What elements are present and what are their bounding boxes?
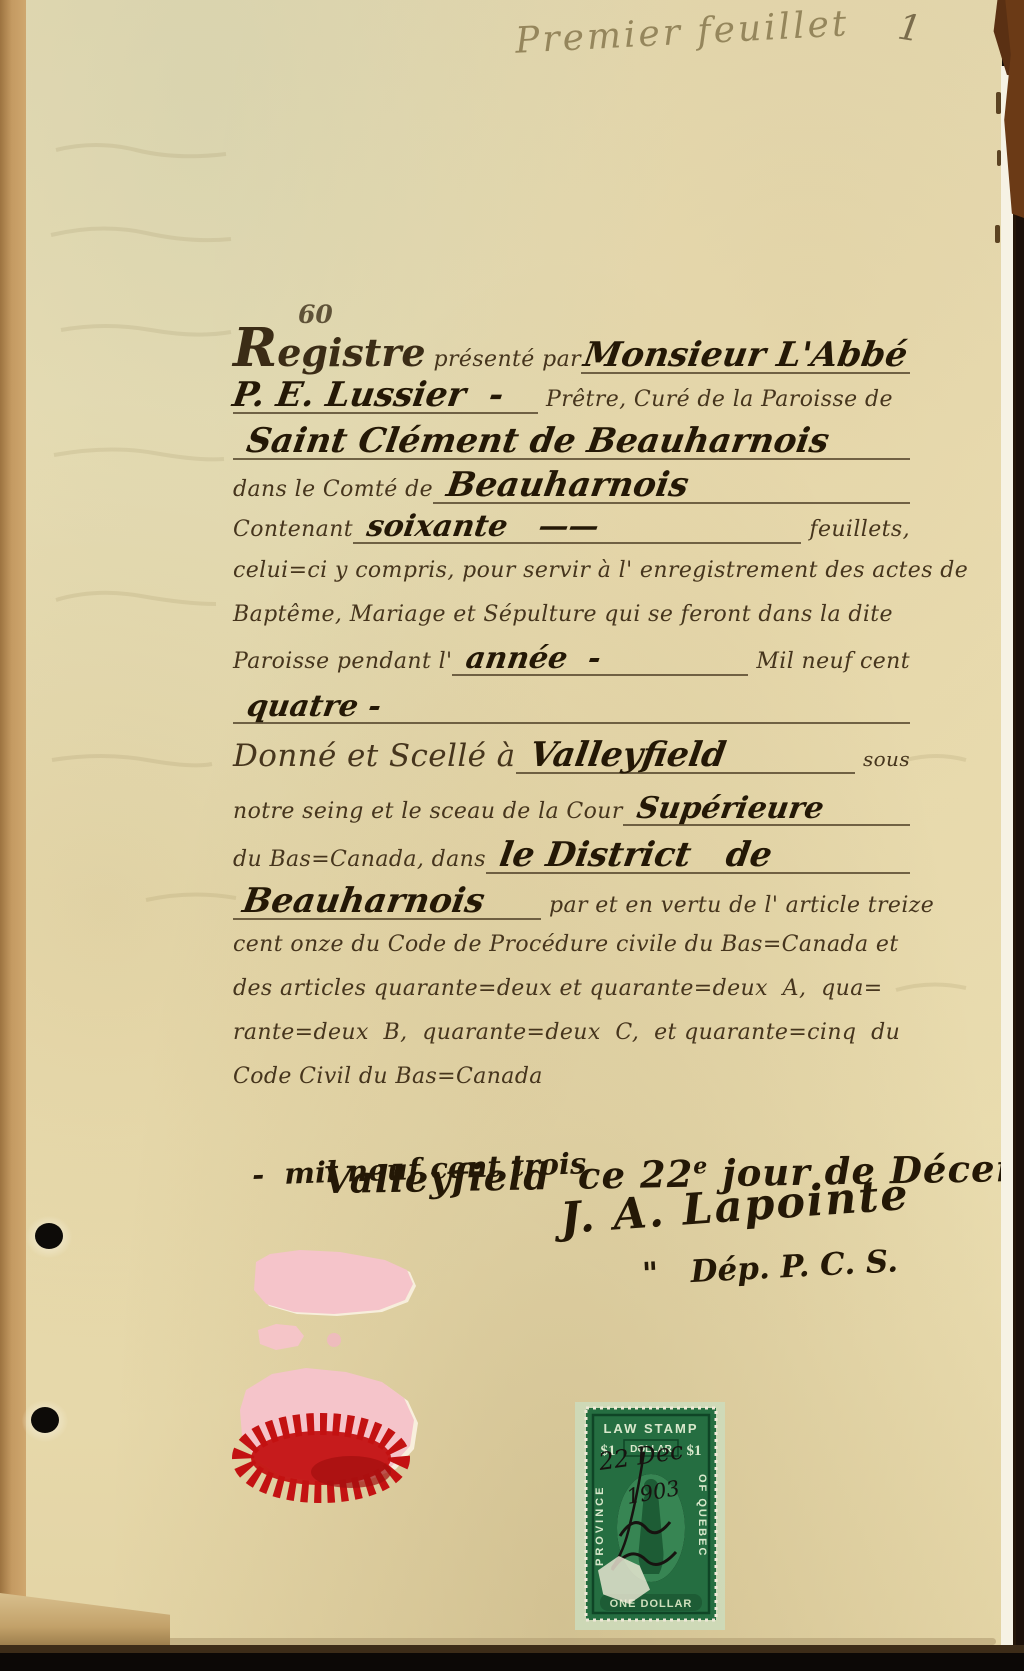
written-district-name: Beauharnois <box>240 884 487 918</box>
form-line-registre: Registre présenté par Monsieur L'Abbé <box>233 316 910 379</box>
written-day-ordinal: e <box>693 1153 708 1179</box>
written-presenter-name: Monsieur L'Abbé <box>581 338 909 372</box>
edge-mark <box>997 150 1001 166</box>
form-line-articles-b: rante=deux B, quarante=deux C, et quaran… <box>233 1020 910 1045</box>
seal-pink-top <box>254 1250 413 1314</box>
stamp-side-right: OF QUEBEC <box>696 1474 708 1557</box>
form-line-annee: Paroisse pendant l' année - Mil neuf cen… <box>233 644 910 676</box>
written-cour-superieure: Supérieure <box>634 794 825 824</box>
written-cure-name: P. E. Lussier - <box>230 378 506 412</box>
page-bottom-crease <box>46 1638 996 1645</box>
written-county-name: Beauharnois <box>444 468 691 502</box>
ink-bleedthrough-marks <box>26 0 1002 1652</box>
printed-notre-seing: notre seing et le sceau de la Cour <box>233 799 623 824</box>
wafer-seal-remnants <box>216 1240 446 1530</box>
printed-feuillets: feuillets, <box>809 517 910 542</box>
photo-right-background <box>1016 0 1024 1671</box>
printed-word-registre: Registre <box>233 316 426 379</box>
form-line-district-name: Beauharnois par et en vertu de l' articl… <box>233 884 910 920</box>
stamp-side-left: PROVINCE <box>594 1485 606 1566</box>
form-line-celui-ci: celui=ci y compris, pour servir à l' enr… <box>233 558 910 583</box>
written-annee: année - <box>464 644 603 674</box>
form-line-articles-a: des articles quarante=deux et quarante=d… <box>233 976 910 1001</box>
edge-mark <box>996 92 1001 114</box>
law-stamp: LAW STAMP $1 DOLLAR $1 PROVINCE OF QUEBE… <box>575 1398 727 1634</box>
printed-pretre-cure: Prêtre, Curé de la Paroisse de <box>546 387 893 412</box>
printed-code-civil: Code Civil du Bas=Canada <box>233 1064 543 1089</box>
written-le-district-de: le District de <box>497 838 774 872</box>
printed-rante-deux: rante=deux B, quarante=deux C, et quaran… <box>233 1020 900 1045</box>
printed-contenant: Contenant <box>233 517 353 542</box>
printed-bapteme-mariage: Baptême, Mariage et Sépulture qui se fer… <box>233 602 893 627</box>
printed-par-et-en-vertu: par et en vertu de l' article treize <box>549 893 934 918</box>
register-page-photo: Premier feuillet 1 60 Registre présenté … <box>0 0 1024 1671</box>
written-parish-name: Saint Clément de Beauharnois <box>244 424 831 458</box>
printed-sous: sous <box>863 747 910 771</box>
form-line-code-procedure: cent onze du Code de Procédure civile du… <box>233 932 910 957</box>
printed-bas-canada-dans: du Bas=Canada, dans <box>233 847 486 872</box>
written-place-sealed: Valleyfield <box>527 738 728 772</box>
printed-donne-et-scelle: Donné et Scellé à <box>233 738 516 774</box>
photo-bottom-background <box>0 1653 1024 1671</box>
printed-cent-onze: cent onze du Code de Procédure civile du… <box>233 932 899 957</box>
written-leaf-count: soixante —— <box>365 512 601 542</box>
written-year-word: quatre - <box>245 692 384 722</box>
stamp-value-right: $1 <box>687 1443 702 1459</box>
form-line-cure: P. E. Lussier - Prêtre, Curé de la Paroi… <box>233 378 910 414</box>
form-line-code-civil: Code Civil du Bas=Canada <box>233 1064 910 1089</box>
printed-mil-neuf-cent: Mil neuf cent <box>756 649 910 674</box>
stamp-header: LAW STAMP <box>603 1421 698 1436</box>
punch-hole-top <box>26 1216 72 1258</box>
form-line-cour: notre seing et le sceau de la Cour Supér… <box>233 794 910 826</box>
edge-mark <box>995 225 1000 243</box>
printed-presente-par: présenté par <box>434 347 581 372</box>
printed-paroisse-pendant: Paroisse pendant l' <box>233 649 452 674</box>
form-line-bapteme: Baptême, Mariage et Sépulture qui se fer… <box>233 602 910 627</box>
printed-enregistrement: celui=ci y compris, pour servir à l' enr… <box>233 558 968 583</box>
form-line-quatre: quatre - <box>233 692 910 724</box>
form-line-contenant: Contenant soixante —— feuillets, <box>233 512 910 544</box>
form-line-comte: dans le Comté de Beauharnois <box>233 468 910 504</box>
form-line-donne-scelle: Donné et Scellé à Valleyfield sous <box>233 738 910 774</box>
form-line-district: du Bas=Canada, dans le District de <box>233 838 910 874</box>
printed-des-articles: des articles quarante=deux et quarante=d… <box>233 976 883 1001</box>
punch-hole-bottom <box>22 1400 68 1442</box>
paper-page: Premier feuillet 1 60 Registre présenté … <box>26 0 1002 1652</box>
form-line-paroisse: Saint Clément de Beauharnois <box>233 424 910 460</box>
printed-dans-le-comte: dans le Comté de <box>233 477 433 502</box>
